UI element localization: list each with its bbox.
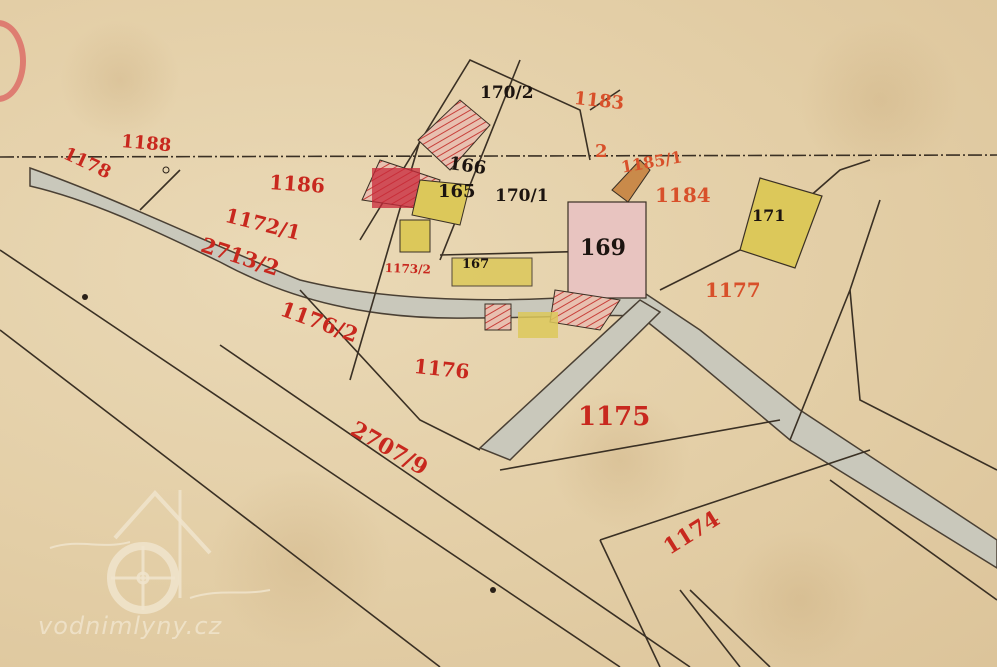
building-label[interactable]: 165 <box>438 183 476 201</box>
building-label[interactable]: 170/1 <box>495 188 549 205</box>
building-label[interactable]: 171 <box>752 208 785 224</box>
parcel-label[interactable]: 1184 <box>655 185 711 205</box>
building-label[interactable]: 167 <box>462 258 489 271</box>
parcel-label[interactable]: 1177 <box>705 280 761 300</box>
parcel-label[interactable]: 1186 <box>269 172 326 196</box>
parcel-label[interactable]: 1183 <box>573 90 625 113</box>
parcel-label[interactable]: 2 <box>595 143 608 161</box>
watermark-text: vodnimlyny.cz <box>38 612 222 640</box>
building-label[interactable]: 170/2 <box>480 85 534 102</box>
building-label[interactable]: 169 <box>580 237 626 259</box>
parcel-label[interactable]: 1188 <box>120 133 171 155</box>
parcel-label[interactable]: 1173/2 <box>385 262 432 276</box>
parcel-label[interactable]: 1175 <box>578 404 650 430</box>
parcel-label[interactable]: 1176 <box>413 356 470 382</box>
cadastral-map[interactable]: 1188 1178 1186 1172/1 2713/2 1173/2 1176… <box>0 0 997 667</box>
building-label[interactable]: 166 <box>447 155 487 178</box>
